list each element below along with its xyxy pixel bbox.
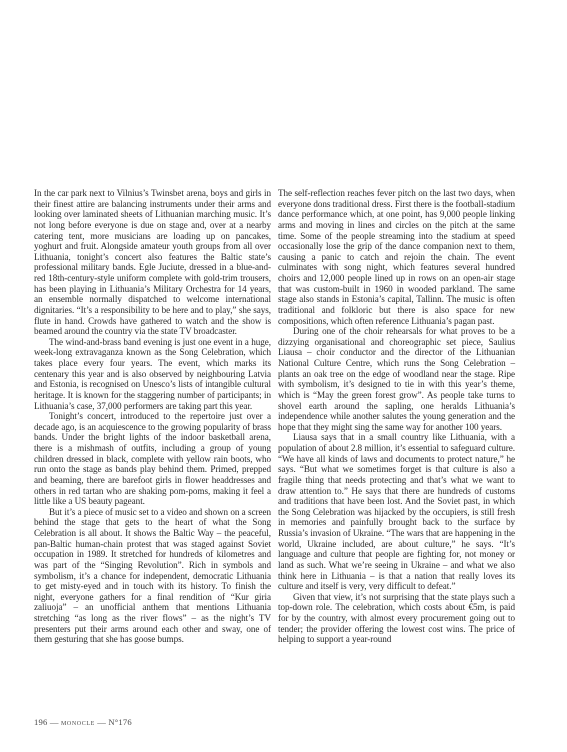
magazine-page: In the car park next to Vilnius’s Twinsb… [0,0,567,752]
paragraph: Tonight’s concert, introduced to the rep… [34,411,271,507]
separator: — [48,717,62,727]
page-number: 196 [34,717,48,727]
paragraph: But it’s a piece of music set to a video… [34,507,271,645]
page-footer: 196 — monocle — N°176 [34,717,132,727]
paragraph: The wind-and-brass band evening is just … [34,337,271,411]
issue-number: N°176 [108,717,132,727]
article-column-right: The self-reflection reaches fever pitch … [278,188,515,645]
paragraph: Liausa says that in a small country like… [278,432,515,591]
article-column-left: In the car park next to Vilnius’s Twinsb… [34,188,271,645]
paragraph: During one of the choir rehearsals for w… [278,326,515,432]
separator: — [95,717,109,727]
paragraph: The self-reflection reaches fever pitch … [278,188,515,326]
paragraph: Given that view, it’s not surprising tha… [278,592,515,645]
publication-name: monocle [61,717,95,727]
paragraph: In the car park next to Vilnius’s Twinsb… [34,188,271,337]
